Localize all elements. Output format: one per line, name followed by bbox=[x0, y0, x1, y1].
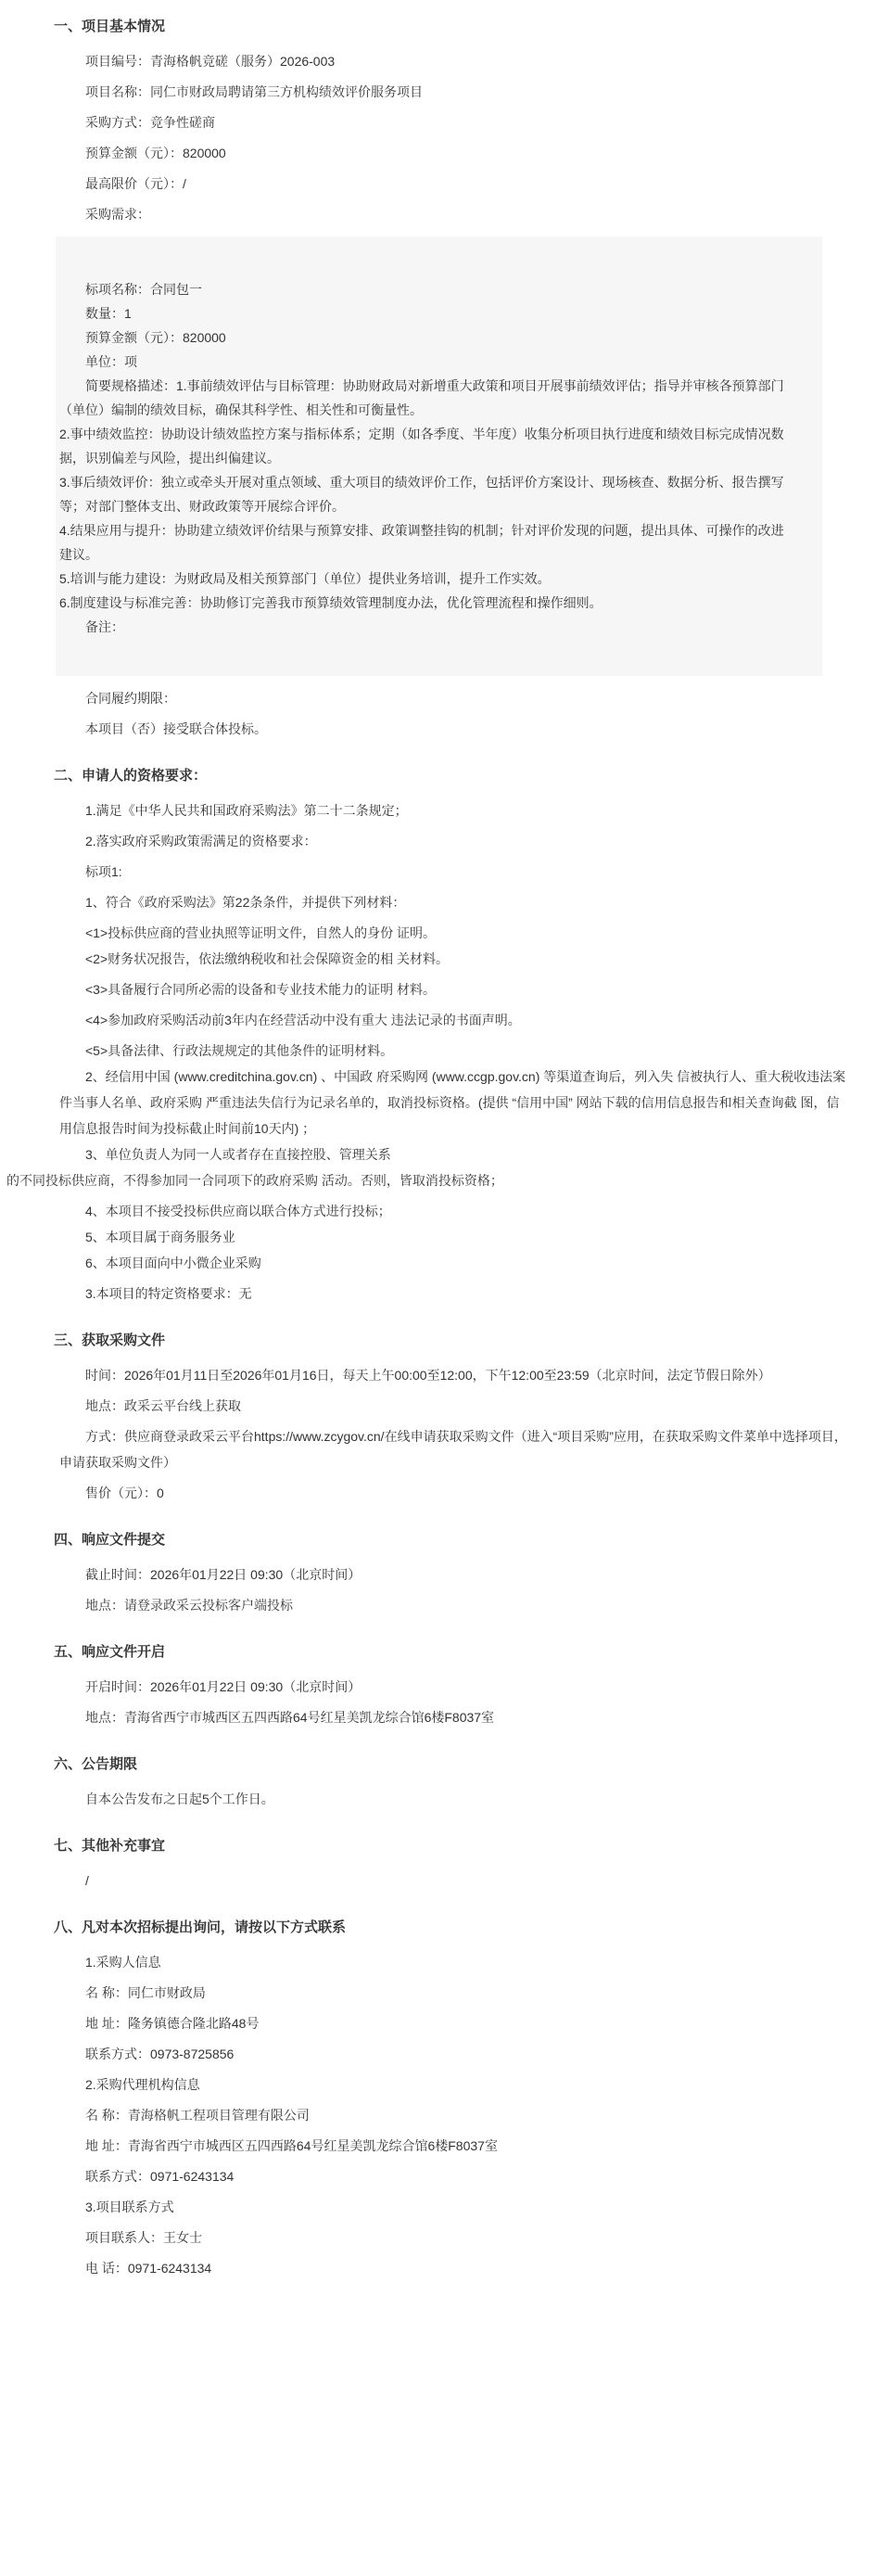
procurement-method: 采购方式：竞争性磋商 bbox=[28, 109, 851, 135]
document-price: 售价（元）：0 bbox=[28, 1480, 851, 1506]
section-qualification-heading: 二、申请人的资格要求： bbox=[28, 766, 851, 786]
agency-address: 地 址：青海省西宁市城西区五四西路64号红星美凯龙综合馆6楼F8037室 bbox=[28, 2133, 851, 2159]
material-1: <1>投标供应商的营业执照等证明文件，自然人的身份 证明。 bbox=[28, 920, 851, 946]
procurement-announcement-page: 一、项目基本情况 项目编号：青海格帆竞磋（服务）2026-003 项目名称：同仁… bbox=[0, 0, 888, 2576]
bid-item-1-label: 标项1: bbox=[28, 859, 851, 885]
spec-description-1: 简要规格描述：1.事前绩效评估与目标管理：协助财政局对新增重大政策和项目开展事前… bbox=[59, 374, 785, 422]
project-contact-phone: 电 话：0971-6243134 bbox=[28, 2255, 851, 2281]
spec-description-2: 2.事中绩效监控：协助设计绩效监控方案与指标体系；定期（如各季度、半年度）收集分… bbox=[59, 422, 785, 470]
project-name: 项目名称：同仁市财政局聘请第三方机构绩效评价服务项目 bbox=[28, 79, 851, 105]
qualification-article22: 1、符合《政府采购法》第22条条件，并提供下列材料： bbox=[28, 889, 851, 915]
section-response-open-heading: 五、响应文件开启 bbox=[28, 1642, 851, 1663]
bid-item-budget: 预算金额（元）：820000 bbox=[59, 325, 785, 350]
material-3: <3>具备履行合同所必需的设备和专业技术能力的证明 材料。 bbox=[28, 976, 851, 1002]
same-person-rule-line2: 的不同投标供应商，不得参加同一合同项下的政府采购 活动。否则，皆取消投标资格； bbox=[6, 1167, 851, 1193]
material-5: <5>具备法律、行政法规规定的其他条件的证明材料。 bbox=[28, 1038, 851, 1064]
agency-contact: 联系方式：0971-6243134 bbox=[28, 2163, 851, 2189]
no-consortium-rule: 4、本项目不接受投标供应商以联合体方式进行投标； bbox=[28, 1198, 851, 1224]
document-time: 时间：2026年01月11日至2026年01月16日，每天上午00:00至12:… bbox=[28, 1362, 851, 1388]
bid-item-remark: 备注： bbox=[59, 615, 785, 639]
sme-procurement-rule: 6、本项目面向中小微企业采购 bbox=[28, 1250, 851, 1276]
agency-name: 名 称：青海格帆工程项目管理有限公司 bbox=[28, 2102, 851, 2128]
buyer-contact: 联系方式：0973-8725856 bbox=[28, 2041, 851, 2067]
bid-item-name: 标项名称：合同包一 bbox=[59, 277, 785, 301]
submit-deadline: 截止时间：2026年01月22日 09:30（北京时间） bbox=[28, 1562, 851, 1588]
section-announcement-period-heading: 六、公告期限 bbox=[28, 1754, 851, 1775]
buyer-address: 地 址：隆务镇德合隆北路48号 bbox=[28, 2010, 851, 2036]
section-contact-heading: 八、凡对本次招标提出询问，请按以下方式联系 bbox=[28, 1918, 851, 1938]
credit-check-rule: 2、经信用中国 (www.creditchina.gov.cn) 、中国政 府采… bbox=[28, 1064, 851, 1141]
spec-description-3: 3.事后绩效评价：独立或牵头开展对重点领域、重大项目的绩效评价工作，包括评价方案… bbox=[59, 470, 785, 518]
budget-amount: 预算金额（元）：820000 bbox=[28, 140, 851, 166]
contract-term-label: 合同履约期限： bbox=[28, 685, 851, 711]
joint-bid-statement: 本项目（否）接受联合体投标。 bbox=[28, 716, 851, 742]
business-service-rule: 5、本项目属于商务服务业 bbox=[28, 1224, 851, 1250]
same-person-rule-line1: 3、单位负责人为同一人或者存在直接控股、管理关系 bbox=[28, 1141, 851, 1167]
spec-description-4: 4.结果应用与提升：协助建立绩效评价结果与预算安排、政策调整挂钩的机制；针对评价… bbox=[59, 518, 785, 567]
announcement-period: 自本公告发布之日起5个工作日。 bbox=[28, 1786, 851, 1812]
qualification-policy-item: 2.落实政府采购政策需满足的资格要求： bbox=[28, 828, 851, 854]
buyer-name: 名 称：同仁市财政局 bbox=[28, 1980, 851, 2006]
bid-item-quantity: 数量：1 bbox=[59, 301, 785, 325]
material-4: <4>参加政府采购活动前3年内在经营活动中没有重大 违法记录的书面声明。 bbox=[28, 1007, 851, 1033]
submit-place: 地点：请登录政采云投标客户端投标 bbox=[28, 1592, 851, 1618]
specific-qualification: 3.本项目的特定资格要求：无 bbox=[28, 1281, 851, 1307]
bid-item-unit: 单位：项 bbox=[59, 350, 785, 374]
spec-description-6: 6.制度建设与标准完善：协助修订完善我市预算绩效管理制度办法，优化管理流程和操作… bbox=[59, 591, 785, 615]
section-other-matters-heading: 七、其他补充事宜 bbox=[28, 1836, 851, 1856]
agency-info-title: 2.采购代理机构信息 bbox=[28, 2072, 851, 2098]
project-contact-title: 3.项目联系方式 bbox=[28, 2194, 851, 2220]
project-rules-group: 4、本项目不接受投标供应商以联合体方式进行投标； 5、本项目属于商务服务业 6、… bbox=[28, 1198, 851, 1276]
document-method: 方式：供应商登录政采云平台https://www.zcygov.cn/在线申请获… bbox=[28, 1423, 851, 1475]
other-matters: / bbox=[28, 1868, 851, 1894]
project-number: 项目编号：青海格帆竞磋（服务）2026-003 bbox=[28, 48, 851, 74]
credit-check-group: <5>具备法律、行政法规规定的其他条件的证明材料。 2、经信用中国 (www.c… bbox=[28, 1038, 851, 1193]
project-contact-person: 项目联系人：王女士 bbox=[28, 2225, 851, 2251]
procurement-demand-label: 采购需求： bbox=[28, 201, 851, 227]
max-price-limit: 最高限价（元）：/ bbox=[28, 171, 851, 197]
section-response-submit-heading: 四、响应文件提交 bbox=[28, 1530, 851, 1550]
document-place: 地点：政采云平台线上获取 bbox=[28, 1393, 851, 1419]
spec-description-5: 5.培训与能力建设：为财政局及相关预算部门（单位）提供业务培训，提升工作实效。 bbox=[59, 567, 785, 591]
open-time: 开启时间：2026年01月22日 09:30（北京时间） bbox=[28, 1674, 851, 1700]
qualification-law-item: 1.满足《中华人民共和国政府采购法》第二十二条规定； bbox=[28, 797, 851, 823]
buyer-info-title: 1.采购人信息 bbox=[28, 1949, 851, 1975]
material-2: <2>财务状况报告，依法缴纳税收和社会保障资金的相 关材料。 bbox=[28, 946, 851, 972]
procurement-demand-box: 标项名称：合同包一 数量：1 预算金额（元）：820000 单位：项 简要规格描… bbox=[56, 236, 822, 676]
open-place: 地点：青海省西宁市城西区五四西路64号红星美凯龙综合馆6楼F8037室 bbox=[28, 1704, 851, 1730]
section-get-documents-heading: 三、获取采购文件 bbox=[28, 1331, 851, 1351]
material-group-1-2: <1>投标供应商的营业执照等证明文件，自然人的身份 证明。 <2>财务状况报告，… bbox=[28, 920, 851, 972]
section-basic-info-heading: 一、项目基本情况 bbox=[28, 17, 851, 37]
